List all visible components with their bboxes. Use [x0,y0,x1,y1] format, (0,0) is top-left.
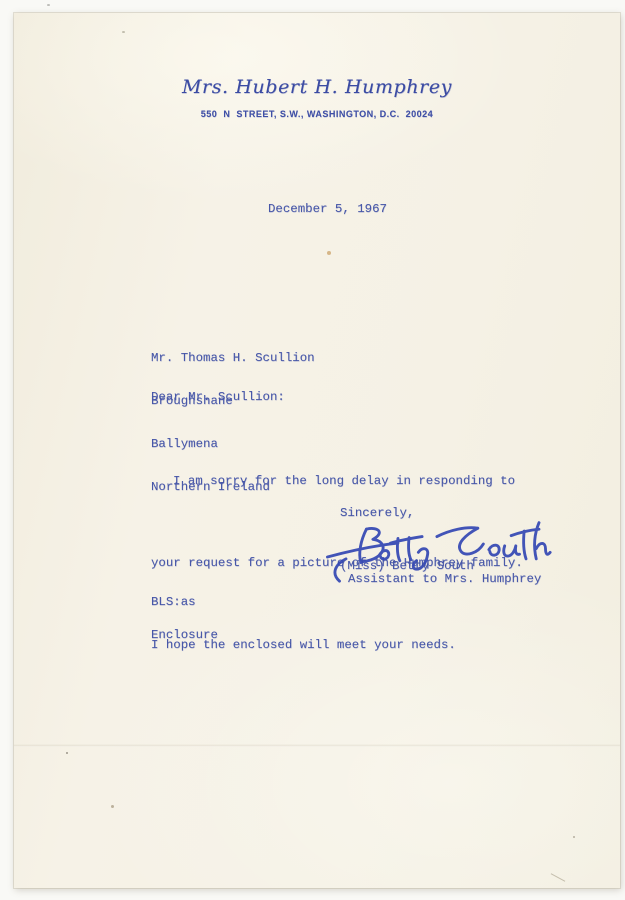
paper-speck [122,31,125,33]
typed-signature-title: Assistant to Mrs. Humphrey [348,572,541,586]
paper-speck [573,836,575,838]
paper-speck [327,251,331,255]
enclosure-notation: Enclosure [151,628,218,642]
signature-stroke [360,529,367,562]
paper-speck [111,805,114,808]
letter-paper: Mrs. Hubert H. Humphrey 550 N STREET, S.… [14,13,620,888]
signature-stroke [459,528,483,554]
scan-background-speck [47,4,50,6]
signature-stroke [409,538,411,560]
signature-stroke [504,546,520,556]
paper-fold-crease [14,744,620,747]
body-line: I am sorry for the long delay in respond… [151,468,523,495]
recipient-line: Mr. Thomas H. Scullion [151,351,315,365]
letterhead-name: Mrs. Hubert H. Humphrey [14,76,620,98]
signature-stroke [379,551,388,560]
letterhead-address: 550 N STREET, S.W., WASHINGTON, D.C. 200… [14,109,620,119]
reference-initials: BLS:as [151,595,196,609]
paper-speck [66,752,68,754]
signature-stroke [524,531,526,559]
signature-stroke [536,543,550,554]
signature-stroke [489,545,499,555]
signature-stroke [391,537,423,543]
paper-scratch [551,873,566,881]
date-line: December 5, 1967 [268,202,387,216]
signature-stroke [535,523,539,559]
salutation: Dear Mr. Scullion: [151,390,285,404]
